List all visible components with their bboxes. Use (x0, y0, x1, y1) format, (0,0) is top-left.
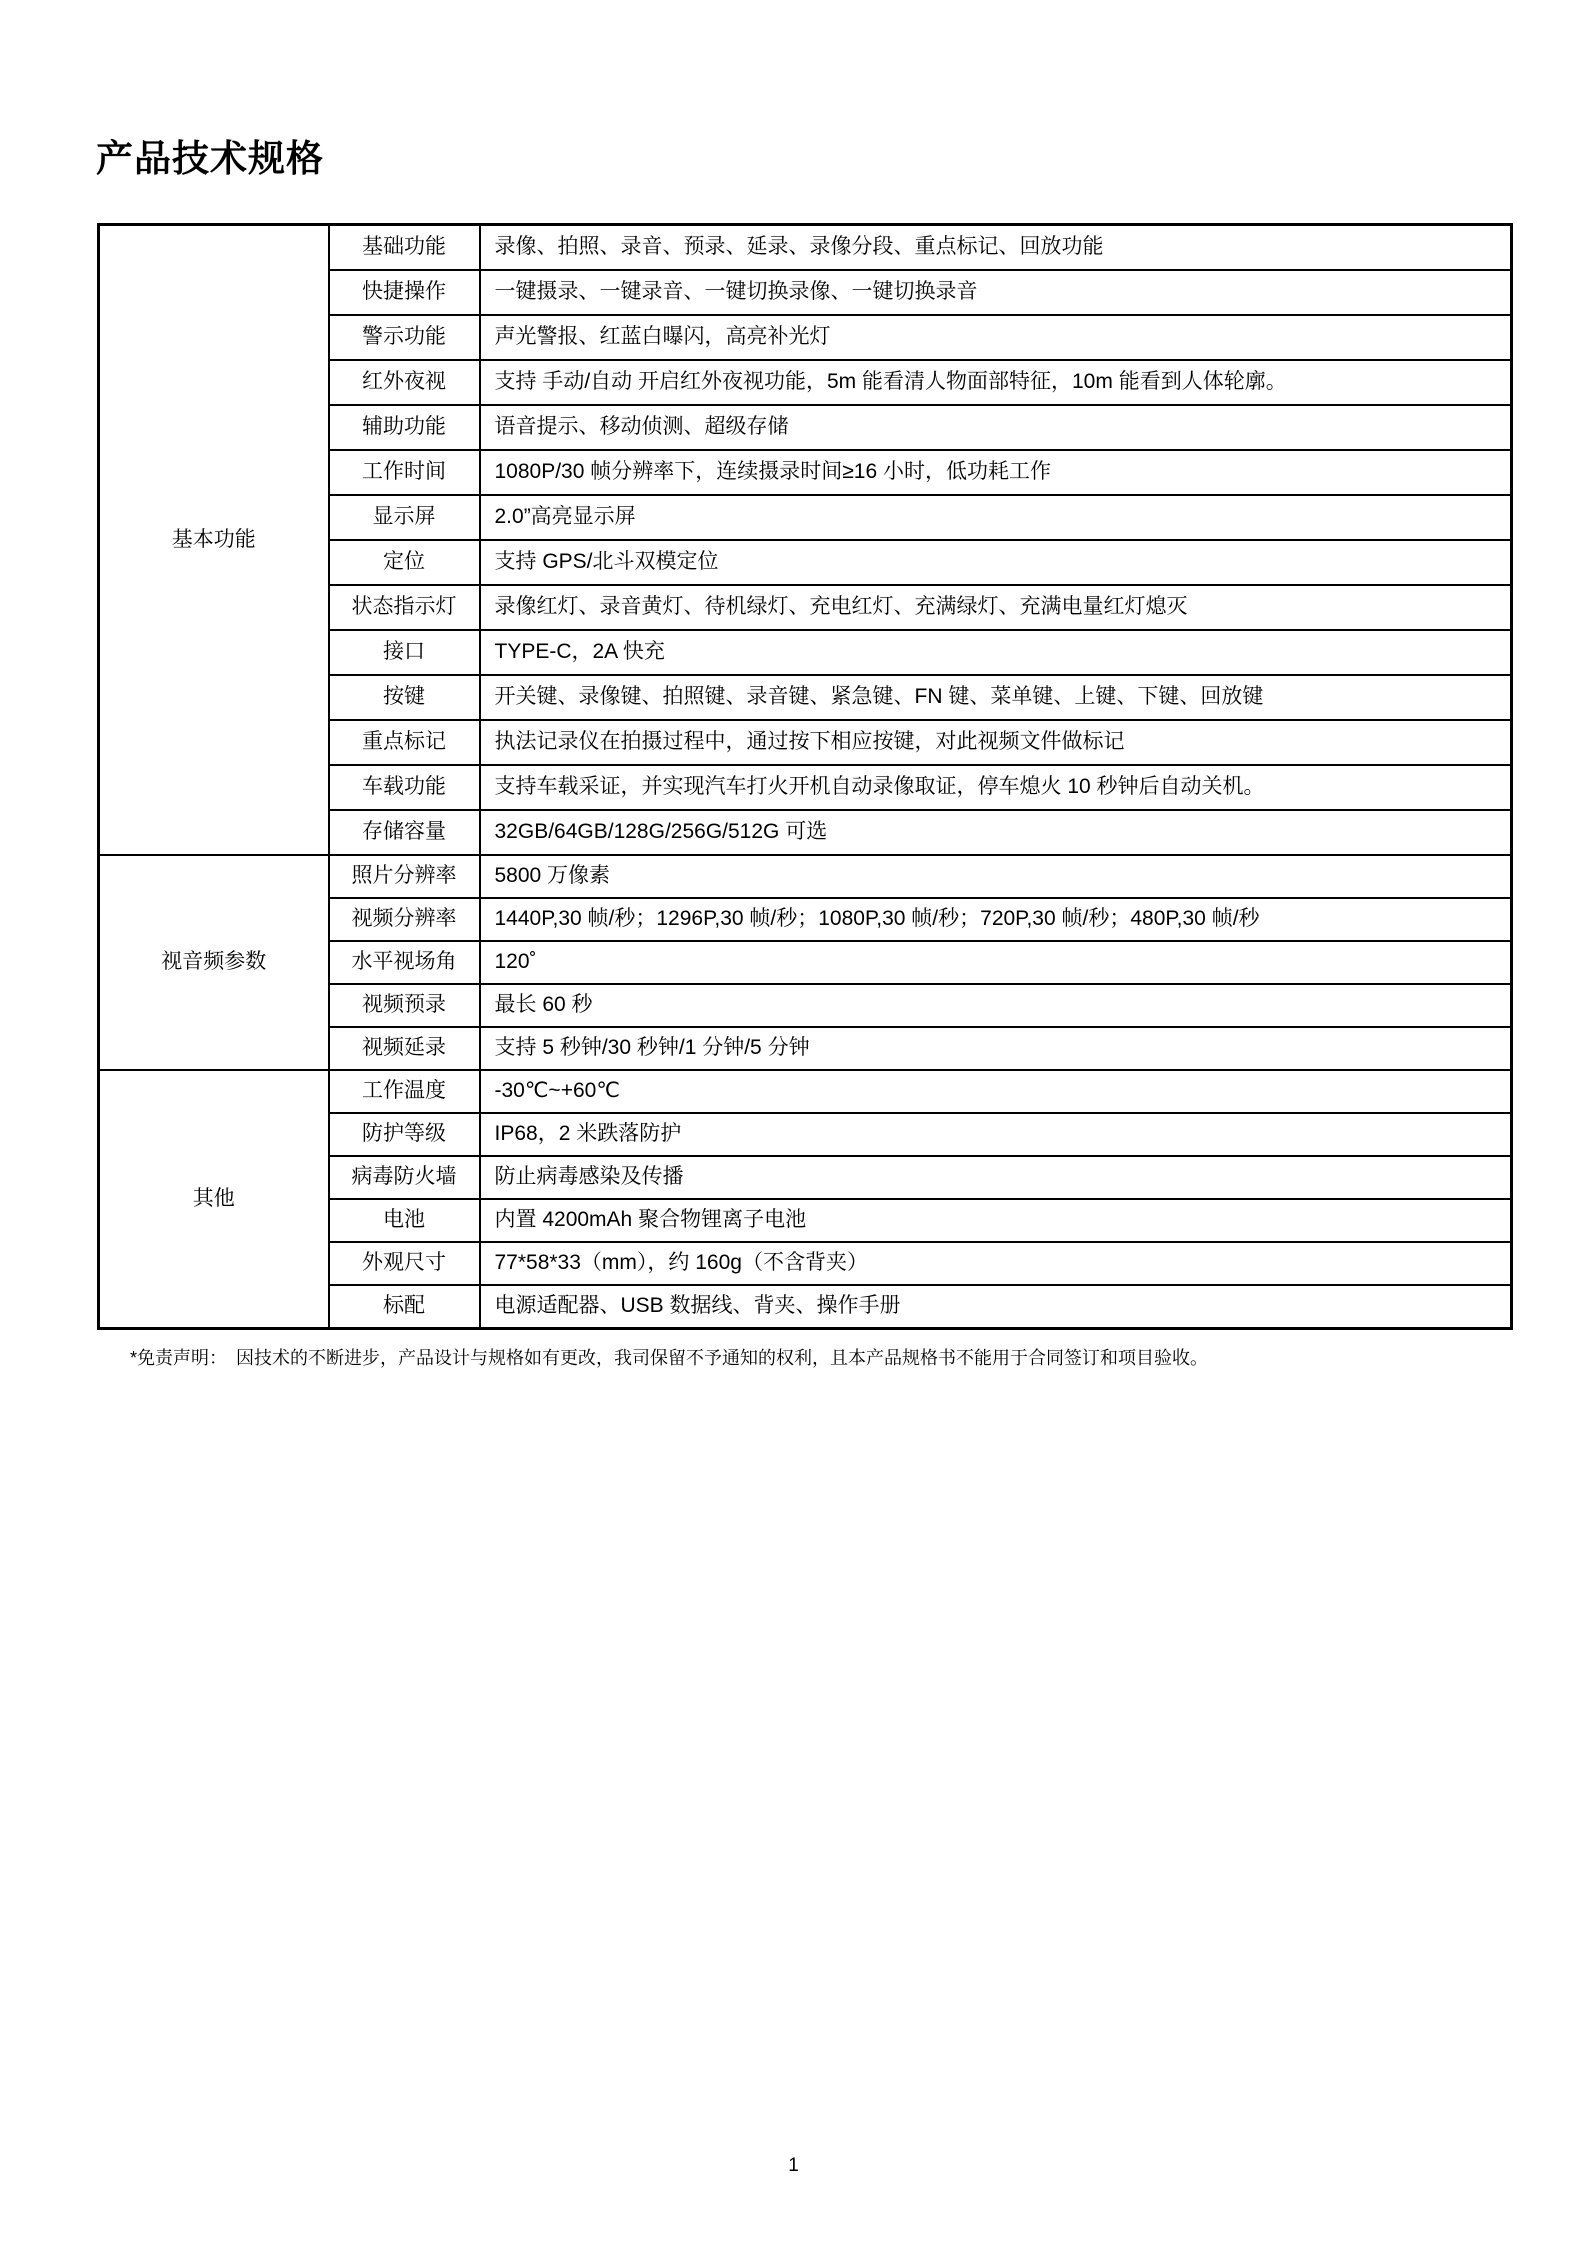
spec-value-cell: 32GB/64GB/128G/256G/512G 可选 (480, 810, 1512, 855)
spec-value-cell: IP68，2 米跌落防护 (480, 1113, 1512, 1156)
spec-value-cell: 2.0”高亮显示屏 (480, 495, 1512, 540)
spec-label-cell: 照片分辨率 (329, 855, 480, 898)
spec-label-cell: 视频预录 (329, 984, 480, 1027)
spec-label-cell: 存储容量 (329, 810, 480, 855)
spec-value-cell: -30℃~+60℃ (480, 1070, 1512, 1113)
spec-value-cell: 支持 手动/自动 开启红外夜视功能，5m 能看清人物面部特征，10m 能看到人体… (480, 360, 1512, 405)
spec-value-cell: 语音提示、移动侦测、超级存储 (480, 405, 1512, 450)
section-name-cell: 基本功能 (99, 225, 329, 856)
spec-label-cell: 快捷操作 (329, 270, 480, 315)
spec-label-cell: 按键 (329, 675, 480, 720)
spec-value-cell: 5800 万像素 (480, 855, 1512, 898)
spec-label-cell: 红外夜视 (329, 360, 480, 405)
table-row: 视音频参数照片分辨率5800 万像素 (99, 855, 1512, 898)
spec-label-cell: 重点标记 (329, 720, 480, 765)
spec-label-cell: 工作温度 (329, 1070, 480, 1113)
spec-label-cell: 工作时间 (329, 450, 480, 495)
spec-label-cell: 状态指示灯 (329, 585, 480, 630)
spec-value-cell: 支持 GPS/北斗双模定位 (480, 540, 1512, 585)
spec-label-cell: 接口 (329, 630, 480, 675)
spec-label-cell: 基础功能 (329, 225, 480, 271)
spec-value-cell: 1080P/30 帧分辨率下，连续摄录时间≥16 小时，低功耗工作 (480, 450, 1512, 495)
table-row: 基本功能基础功能录像、拍照、录音、预录、延录、录像分段、重点标记、回放功能 (99, 225, 1512, 271)
spec-label-cell: 电池 (329, 1199, 480, 1242)
spec-table: 基本功能基础功能录像、拍照、录音、预录、延录、录像分段、重点标记、回放功能快捷操… (97, 223, 1513, 1330)
spec-value-cell: 一键摄录、一键录音、一键切换录像、一键切换录音 (480, 270, 1512, 315)
spec-label-cell: 警示功能 (329, 315, 480, 360)
spec-value-cell: 1440P,30 帧/秒；1296P,30 帧/秒；1080P,30 帧/秒；7… (480, 898, 1512, 941)
disclaimer: *免责声明： 因技术的不断进步，产品设计与规格如有更改，我司保留不予通知的权利，… (130, 1344, 1208, 1370)
spec-value-cell: 最长 60 秒 (480, 984, 1512, 1027)
table-row: 其他工作温度-30℃~+60℃ (99, 1070, 1512, 1113)
spec-value-cell: 开关键、录像键、拍照键、录音键、紧急键、FN 键、菜单键、上键、下键、回放键 (480, 675, 1512, 720)
spec-value-cell: TYPE-C，2A 快充 (480, 630, 1512, 675)
spec-label-cell: 防护等级 (329, 1113, 480, 1156)
section-name-cell: 视音频参数 (99, 855, 329, 1070)
spec-value-cell: 支持 5 秒钟/30 秒钟/1 分钟/5 分钟 (480, 1027, 1512, 1070)
spec-value-cell: 内置 4200mAh 聚合物锂离子电池 (480, 1199, 1512, 1242)
page-number: 1 (0, 2155, 1587, 2177)
spec-value-cell: 声光警报、红蓝白曝闪，高亮补光灯 (480, 315, 1512, 360)
spec-label-cell: 显示屏 (329, 495, 480, 540)
spec-label-cell: 外观尺寸 (329, 1242, 480, 1285)
spec-label-cell: 辅助功能 (329, 405, 480, 450)
spec-label-cell: 病毒防火墙 (329, 1156, 480, 1199)
spec-value-cell: 77*58*33（mm），约 160g（不含背夹） (480, 1242, 1512, 1285)
spec-value-cell: 录像、拍照、录音、预录、延录、录像分段、重点标记、回放功能 (480, 225, 1512, 271)
spec-label-cell: 车载功能 (329, 765, 480, 810)
spec-label-cell: 定位 (329, 540, 480, 585)
spec-value-cell: 支持车载采证，并实现汽车打火开机自动录像取证，停车熄火 10 秒钟后自动关机。 (480, 765, 1512, 810)
page-title: 产品技术规格 (96, 128, 324, 182)
spec-value-cell: 防止病毒感染及传播 (480, 1156, 1512, 1199)
spec-label-cell: 水平视场角 (329, 941, 480, 984)
spec-label-cell: 视频分辨率 (329, 898, 480, 941)
spec-value-cell: 电源适配器、USB 数据线、背夹、操作手册 (480, 1285, 1512, 1329)
spec-value-cell: 录像红灯、录音黄灯、待机绿灯、充电红灯、充满绿灯、充满电量红灯熄灭 (480, 585, 1512, 630)
section-name-cell: 其他 (99, 1070, 329, 1329)
spec-value-cell: 120˚ (480, 941, 1512, 984)
spec-value-cell: 执法记录仪在拍摄过程中，通过按下相应按键，对此视频文件做标记 (480, 720, 1512, 765)
spec-label-cell: 标配 (329, 1285, 480, 1329)
spec-label-cell: 视频延录 (329, 1027, 480, 1070)
